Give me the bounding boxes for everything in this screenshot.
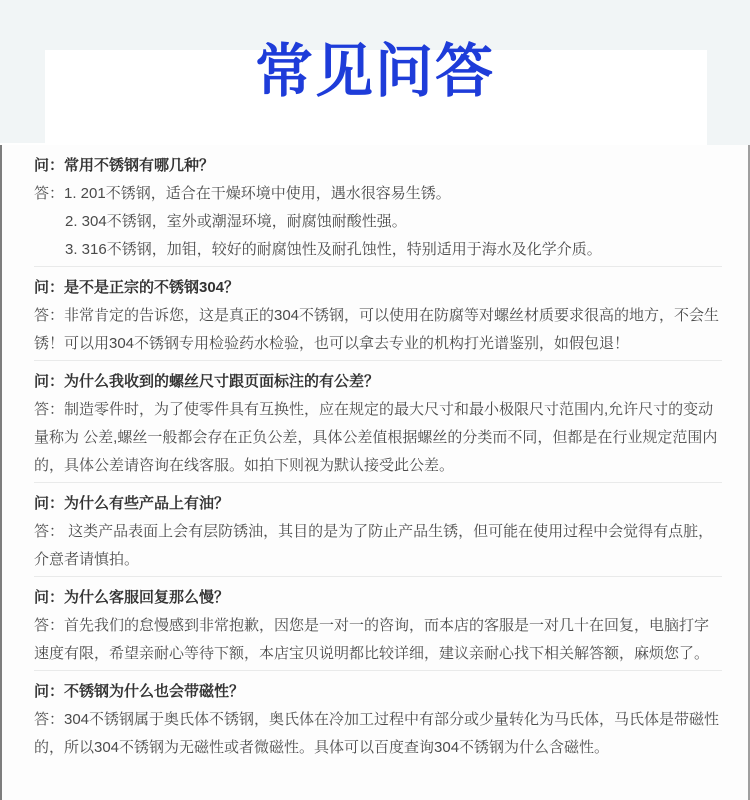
faq-question: 问：为什么有些产品上有油？ <box>34 490 722 518</box>
faq-list: 问：常用不锈钢有哪几种？ 答：1. 201不锈钢，适合在干燥环境中使用，遇水很容… <box>0 145 750 800</box>
faq-section-2: 问：是不是正宗的不锈钢304？ 答：非常肯定的告诉您，这是真正的304不锈钢，可… <box>34 266 722 360</box>
faq-header: 常见问答 <box>0 0 750 145</box>
faq-section-6: 问：不锈钢为什么也会带磁性？ 答：304不锈钢属于奥氏体不锈钢，奥氏体在冷加工过… <box>34 670 722 764</box>
faq-section-3: 问：为什么我收到的螺丝尺寸跟页面标注的有公差？ 答：制造零件时，为了使零件具有互… <box>34 360 722 482</box>
faq-section-4: 问：为什么有些产品上有油？ 答： 这类产品表面上会有层防锈油，其目的是为了防止产… <box>34 482 722 576</box>
faq-answer: 答：304不锈钢属于奥氏体不锈钢，奥氏体在冷加工过程中有部分或少量转化为马氏体，… <box>34 706 722 762</box>
page-title: 常见问答 <box>0 36 750 108</box>
faq-answer: 答：非常肯定的告诉您，这是真正的304不锈钢，可以使用在防腐等对螺丝材质要求很高… <box>34 302 722 358</box>
faq-section-5: 问：为什么客服回复那么慢？ 答：首先我们的怠慢感到非常抱歉，因您是一对一的咨询，… <box>34 576 722 670</box>
faq-page: 常见问答 问：常用不锈钢有哪几种？ 答：1. 201不锈钢，适合在干燥环境中使用… <box>0 0 750 800</box>
faq-answer: 答：首先我们的怠慢感到非常抱歉，因您是一对一的咨询，而本店的客服是一对几十在回复… <box>34 612 722 668</box>
faq-answer: 答：制造零件时，为了使零件具有互换性，应在规定的最大尺寸和最小极限尺寸范围内,允… <box>34 396 722 480</box>
faq-answer: 答： 这类产品表面上会有层防锈油，其目的是为了防止产品生锈，但可能在使用过程中会… <box>34 518 722 574</box>
faq-question: 问：不锈钢为什么也会带磁性？ <box>34 678 722 706</box>
faq-question: 问：为什么客服回复那么慢？ <box>34 584 722 612</box>
faq-question: 问：是不是正宗的不锈钢304？ <box>34 274 722 302</box>
faq-answer: 答：1. 201不锈钢，适合在干燥环境中使用，遇水很容易生锈。 2. 304不锈… <box>34 180 722 264</box>
answer-line: 2. 304不锈钢，室外或潮湿环境，耐腐蚀耐酸性强。 <box>65 208 722 236</box>
faq-question: 问：常用不锈钢有哪几种？ <box>34 152 722 180</box>
faq-section-1: 问：常用不锈钢有哪几种？ 答：1. 201不锈钢，适合在干燥环境中使用，遇水很容… <box>34 145 722 266</box>
faq-question: 问：为什么我收到的螺丝尺寸跟页面标注的有公差？ <box>34 368 722 396</box>
answer-line: 答：1. 201不锈钢，适合在干燥环境中使用，遇水很容易生锈。 <box>34 180 722 208</box>
answer-line: 3. 316不锈钢，加钼，较好的耐腐蚀性及耐孔蚀性，特别适用于海水及化学介质。 <box>65 236 722 264</box>
